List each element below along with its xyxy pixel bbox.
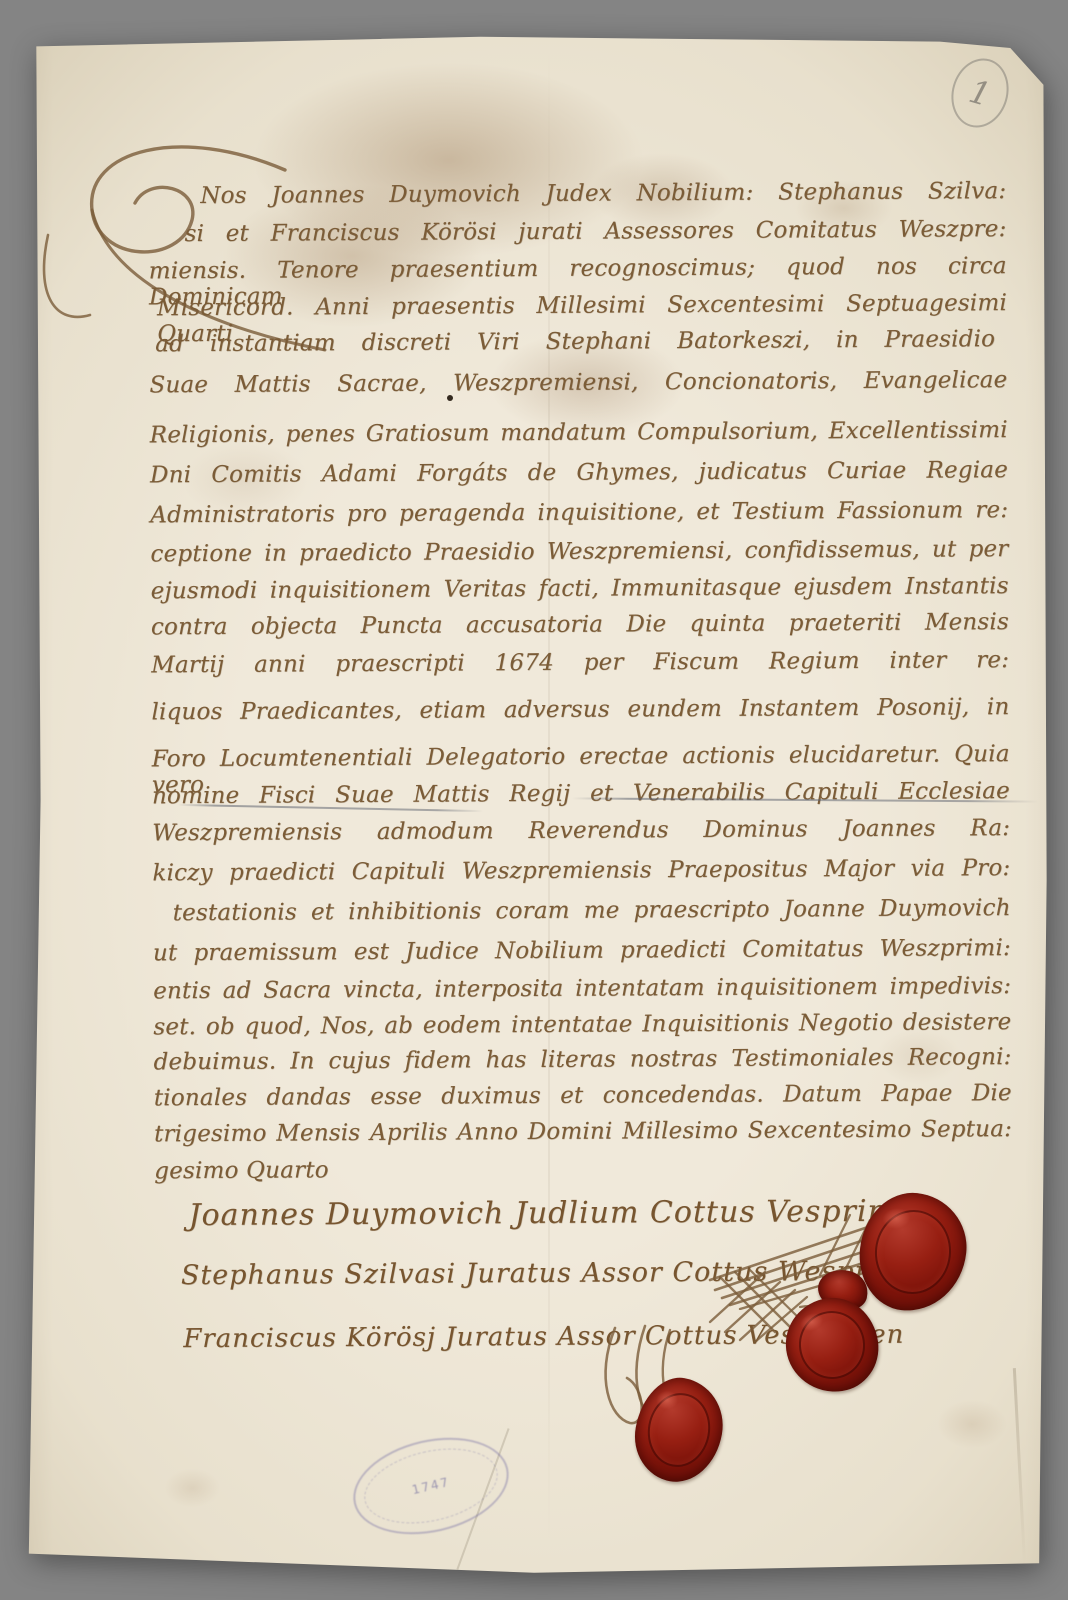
manuscript-line: set. ob quod, Nos, ab eodem intentatae I… [153,1009,1011,1040]
manuscript-line: tionales dandas esse duximus et conceden… [154,1080,1012,1111]
manuscript-line: Martij anni praescripti 1674 per Fiscum … [151,647,1009,678]
manuscript-line: ad instantiam discreti Viri Stephani Bat… [155,326,995,357]
manuscript-line: debuimus. In cujus fidem has literas nos… [154,1044,1012,1075]
stamp-center-text: 1747 [411,1475,452,1497]
manuscript-line: liquos Praedicantes, etiam adversus eund… [151,694,1009,725]
manuscript-line: Dni Comitis Adami Forgáts de Ghymes, jud… [150,457,1008,488]
manuscript-paper: 1 Nos Joannes Duymovich Judex Nobilium: … [0,0,1068,1600]
manuscript-line: ut praemissum est Judice Nobilium praedi… [153,935,1011,966]
manuscript-line: Weszpremiensis admodum Reverendus Dominu… [152,815,1010,846]
paper-shadow-wrap: 1 Nos Joannes Duymovich Judex Nobilium: … [0,0,1068,1600]
manuscript-line: kiczy praedicti Capituli Weszpremiensis … [152,855,1010,886]
manuscript-line: si et Franciscus Körösi jurati Assessore… [184,216,1006,247]
manuscript-line: testationis et inhibitionis coram me pra… [173,895,1011,926]
manuscript-line: contra objecta Puncta accusatoria Die qu… [151,609,1009,640]
manuscript-line: Nos Joannes Duymovich Judex Nobilium: St… [200,178,1006,209]
photograph-background: 1 Nos Joannes Duymovich Judex Nobilium: … [0,0,1068,1600]
manuscript-line: Administratoris pro peragenda inquisitio… [150,497,1008,528]
manuscript-line: Suae Mattis Sacrae, Weszpremiensi, Conci… [149,367,1007,398]
manuscript-line: ejusmodi inquisitionem Veritas facti, Im… [151,573,1009,604]
manuscript-line: nomine Fisci Suae Mattis Regij et Venera… [152,778,1010,809]
manuscript-line: gesimo Quarto [154,1157,329,1184]
manuscript-line: entis ad Sacra vincta, interposita inten… [153,973,1011,1004]
manuscript-line: Religionis, penes Gratiosum mandatum Com… [150,417,1008,448]
manuscript-line: trigesimo Mensis Aprilis Anno Domini Mil… [154,1116,1012,1147]
manuscript-line: ceptione in praedicto Praesidio Weszprem… [150,536,1008,567]
